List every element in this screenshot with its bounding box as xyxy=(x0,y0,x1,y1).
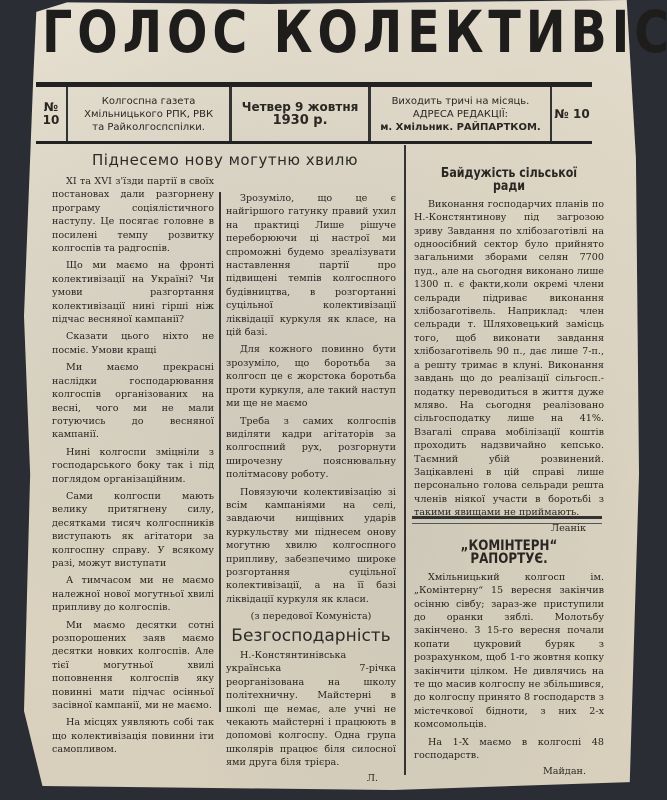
address-line: м. Хмільник. РАЙПАРТКОМ. xyxy=(380,121,541,134)
paragraph: Н.-Констянтинівська українська 7-річка р… xyxy=(226,649,396,770)
komintern-headline: „КОМІНТЕРН“ РАПОРТУЄ. xyxy=(428,540,590,567)
info-bar: № 10 Колгоспна газета Хмільницького РПК,… xyxy=(36,82,592,144)
publisher-line: Колгоспна газета xyxy=(84,95,213,108)
paragraph: Нині колгоспи зміцніли з господарського … xyxy=(52,446,214,486)
article-signature: Л. xyxy=(226,772,396,785)
paragraph: Ми маємо десятки сотні розпорошених заяв… xyxy=(52,619,214,713)
paragraph: А тимчасом ми не маємо належної нової мо… xyxy=(52,574,214,614)
paragraph: Ми маємо прекрасні наслідки господарюван… xyxy=(52,361,214,441)
bezgosp-headline: Безгосподарність xyxy=(226,630,396,643)
issue-date: Четвер 9 жовтня 1930 р. xyxy=(232,87,371,141)
issue-number-left: № 10 xyxy=(36,87,68,141)
paragraph: Сами колгоспи мають велику притягнену си… xyxy=(52,490,214,570)
paragraph: Повязуючи колективізацію зі всім кампані… xyxy=(226,486,396,607)
paragraph: Виконання господарчих планів по Н.-Конст… xyxy=(414,198,604,520)
lead-article-column-1: XI та XVI з'їзди партії в своїх постанов… xyxy=(52,175,214,761)
address-label: АДРЕСА РЕДАКЦІЇ: xyxy=(413,108,508,121)
paragraph: Хмільницький колгосп ім. „Комінтерну“ 15… xyxy=(414,571,604,732)
paragraph: XI та XVI з'їзди партії в своїх постанов… xyxy=(52,175,214,255)
paragraph: Сказати цього ніхто не посміє. Умови кра… xyxy=(52,330,214,357)
article-source: (з передової Комуніста) xyxy=(226,610,396,623)
paragraph: На 1-X маємо в колгоспі 48 господарств. xyxy=(414,736,604,763)
lead-article-column-2: Зрозуміло, що це є найгіршого гатунку пр… xyxy=(226,192,396,785)
article-signature: Майдан. xyxy=(414,765,604,778)
editorial-address: Виходить тричі на місяць. АДРЕСА РЕДАКЦІ… xyxy=(371,87,552,141)
lead-headline: Піднесемо нову могутню хвилю xyxy=(40,151,410,169)
newspaper-masthead: ГОЛОС КОЛЕКТИВІСТА xyxy=(42,0,501,70)
publisher-line: та Райколгоспспілки. xyxy=(84,121,213,134)
komintern-article: „КОМІНТЕРН“ РАПОРТУЄ. Хмільницький колго… xyxy=(414,540,604,778)
paragraph: Що ми маємо на фронті колективізації на … xyxy=(52,259,214,326)
paragraph: На місцях уявляють собі так що колективі… xyxy=(52,716,214,756)
column-divider xyxy=(219,192,221,712)
paragraph: Зрозуміло, що це є найгіршого гатунку пр… xyxy=(226,192,396,339)
baiduzhist-headline: Байдужість сільської ради xyxy=(428,167,590,194)
baiduzhist-article: Байдужість сільської ради Виконання госп… xyxy=(414,167,604,535)
year-line: 1930 р. xyxy=(273,114,328,127)
publisher-info: Колгоспна газета Хмільницького РПК, РВК … xyxy=(68,87,232,141)
column-divider xyxy=(404,145,406,775)
paragraph: Для кожного повинно бути зрозуміло, що б… xyxy=(226,343,396,410)
article-separator xyxy=(412,516,602,524)
issue-number-right: № 10 xyxy=(552,87,592,141)
paragraph: Треба з самих колгоспів виділяти кадри а… xyxy=(226,415,396,482)
frequency-line: Виходить тричі на місяць. xyxy=(392,95,530,108)
publisher-line: Хмільницького РПК, РВК xyxy=(84,108,213,121)
